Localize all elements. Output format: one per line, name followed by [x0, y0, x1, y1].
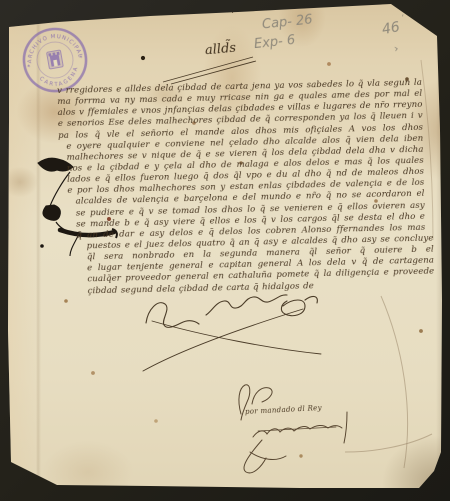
foxing-specks — [0, 0, 2, 2]
folio-number-value: 46 — [381, 19, 401, 38]
manuscript-scan: ARCHIVO MUNICIPAL CARTAGENA ✶ ✶ + Cap — [0, 0, 450, 501]
castle-shield-icon — [47, 50, 64, 69]
stamp-star-right: ✶ — [78, 54, 83, 61]
closing-signature-rubric — [239, 385, 347, 473]
paper-sheet: ARCHIVO MUNICIPAL CARTAGENA ✶ ✶ + Cap — [0, 0, 450, 501]
address-flourish — [163, 57, 256, 84]
manuscript-body: v rregidores e alldes dela çibdad de car… — [57, 78, 427, 298]
invocation-cross: + — [228, 3, 237, 16]
folio-number: 46ʹ — [381, 18, 404, 38]
main-signature-rubric — [143, 295, 321, 371]
stamp-star-left: ✶ — [26, 63, 31, 70]
address-word: alld̃s — [204, 41, 236, 59]
